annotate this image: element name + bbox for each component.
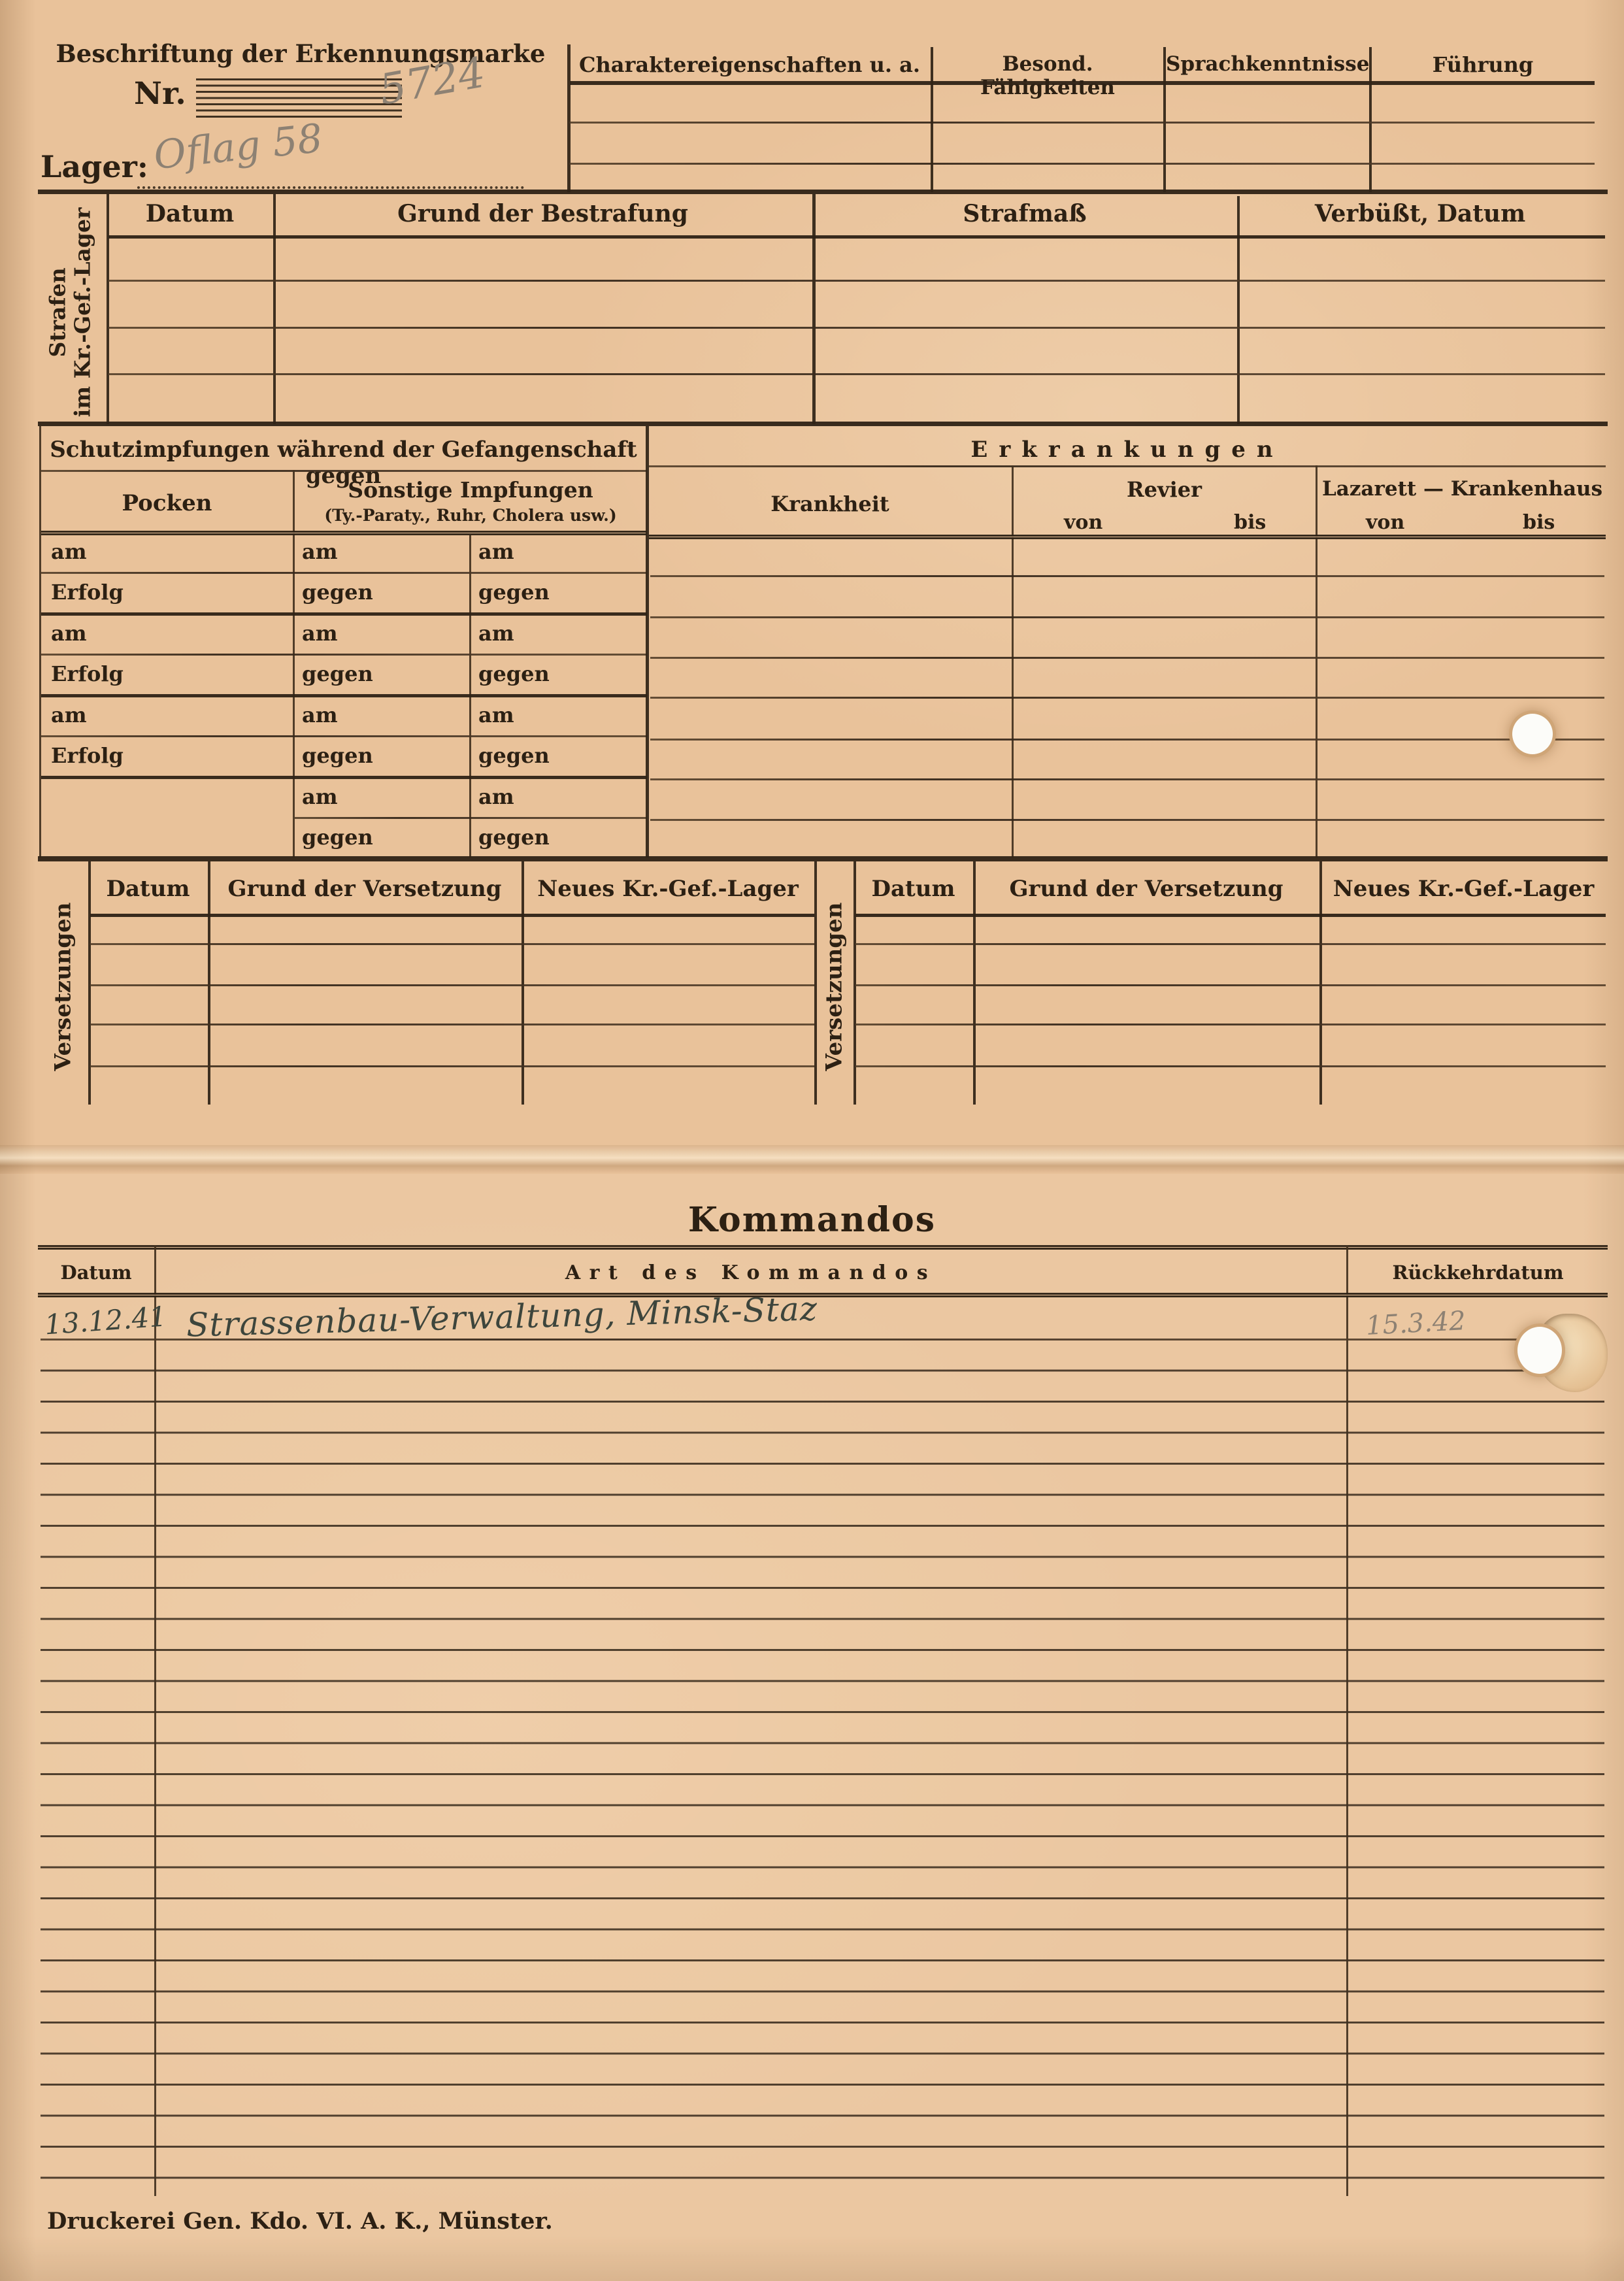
traits-col-charakter: Charaktereigenschaften u. a. — [571, 52, 929, 77]
idmark-nr-label: Nr. — [134, 76, 186, 112]
rule — [90, 1024, 814, 1025]
impfungen-gegen-label: gegen — [478, 580, 550, 605]
traits-col-sprachen: Sprachkenntnisse — [1166, 52, 1367, 76]
erkrankungen-col-krankheit: Krankheit — [647, 491, 1013, 516]
versetzungen-side-label-right: Versetzungen — [816, 873, 853, 1101]
traits-col-fuehrung: Führung — [1372, 52, 1594, 77]
rule — [293, 470, 295, 857]
erkrankungen-lazarett-bis: bis — [1523, 511, 1555, 534]
rule — [646, 426, 649, 857]
rule — [812, 194, 816, 424]
strafen-side-label-line2: im Kr.-Gef.-Lager — [71, 207, 95, 417]
strafen-col-strafmass: Strafmaß — [812, 200, 1237, 227]
impfungen-am-label: am — [302, 539, 338, 564]
rule — [41, 531, 647, 535]
rule — [650, 657, 1604, 659]
rule — [855, 984, 1606, 986]
versetzungen-left-col-grund: Grund der Versetzung — [208, 876, 522, 902]
versetzungen-left-col-datum: Datum — [88, 876, 208, 902]
rule — [90, 914, 814, 917]
impfungen-erfolg-label: Erfolg — [51, 743, 124, 768]
versetzungen-right-col-grund: Grund der Versetzung — [973, 876, 1319, 902]
impfungen-gegen-label: gegen — [302, 661, 373, 686]
impfungen-gegen-label: gegen — [478, 661, 550, 686]
idmark-lager-label: Lager: — [41, 149, 148, 184]
rule — [649, 465, 1606, 467]
erkrankungen-col-revier: Revier — [1013, 477, 1316, 502]
rule — [107, 194, 109, 424]
rule — [650, 575, 1604, 577]
rule — [38, 856, 1608, 861]
versetzungen-left-col-neues: Neues Kr.-Gef.-Lager — [522, 876, 814, 902]
printer-imprint: Druckerei Gen. Kdo. VI. A. K., Münster. — [47, 2208, 553, 2235]
impfungen-gegen-label: gegen — [302, 580, 373, 605]
kommandos-empty-rows — [41, 1340, 1604, 2182]
rule — [570, 163, 1595, 165]
rule — [41, 776, 647, 779]
rule — [1316, 465, 1317, 857]
impfungen-am-label: am — [302, 621, 338, 646]
rule — [90, 1065, 814, 1067]
rule — [108, 327, 1605, 329]
rule — [855, 943, 1606, 945]
impfungen-am-label: am — [302, 703, 338, 727]
strafen-col-verbuesst: Verbüßt, Datum — [1237, 200, 1603, 227]
impfungen-gegen-label: gegen — [302, 825, 373, 850]
versetzungen-right-col-neues: Neues Kr.-Gef.-Lager — [1319, 876, 1608, 902]
rule — [90, 943, 814, 945]
impfungen-erfolg-label: Erfolg — [51, 580, 124, 605]
punch-hole — [1517, 1327, 1562, 1374]
impfungen-am-label: am — [51, 621, 87, 646]
rule — [90, 984, 814, 986]
card-seam — [0, 1145, 1624, 1174]
rule — [38, 190, 1608, 194]
impfungen-gegen-label: gegen — [302, 743, 373, 768]
impfungen-col-sonstige-note: (Ty.-Paraty., Ruhr, Cholera usw.) — [294, 506, 647, 525]
impfungen-am-label: am — [478, 784, 514, 809]
rule — [41, 654, 647, 656]
kommandos-entry-rueckkehr: 15.3.42 — [1365, 1306, 1467, 1341]
erkrankungen-revier-von: von — [1064, 511, 1102, 534]
impfungen-am-label: am — [478, 703, 514, 727]
rule — [41, 694, 647, 697]
rule — [41, 735, 647, 737]
traits-col-faehigkeiten: Besond. Fähigkeiten — [933, 52, 1162, 99]
versetzungen-side-label-left: Versetzungen — [38, 873, 89, 1101]
impfungen-gegen-label: gegen — [478, 825, 550, 850]
idmark-title: Beschriftung der Erkennungsmarke — [39, 39, 562, 68]
erkrankungen-revier-bis: bis — [1234, 511, 1266, 534]
strafen-col-grund: Grund der Bestrafung — [273, 200, 812, 227]
punch-hole — [1512, 714, 1553, 754]
rule — [650, 819, 1604, 821]
rule — [273, 194, 276, 424]
rule — [650, 778, 1604, 780]
strafen-side-label: Strafen im Kr.-Gef.-Lager — [36, 199, 105, 425]
kommandos-col-datum: Datum — [38, 1261, 154, 1284]
impfungen-erfolg-label: Erfolg — [51, 661, 124, 686]
rule — [855, 914, 1606, 917]
impfungen-am-label: am — [51, 703, 87, 727]
rule — [41, 572, 647, 574]
impfungen-col-sonstige: Sonstige Impfungen — [294, 477, 647, 503]
rule — [570, 122, 1595, 124]
rule — [570, 81, 1595, 85]
impfungen-am-label: am — [478, 621, 514, 646]
erkrankungen-lazarett-von: von — [1366, 511, 1404, 534]
impfungen-gegen-label: gegen — [478, 743, 550, 768]
rule — [41, 612, 647, 616]
rule — [294, 817, 647, 819]
rule — [855, 1065, 1606, 1067]
rule — [1237, 196, 1240, 424]
rule — [650, 697, 1604, 699]
impfungen-col-pocken: Pocken — [41, 490, 293, 516]
rule — [1012, 465, 1014, 857]
rule — [108, 280, 1605, 282]
kommandos-entry-art: Strassenbau-Verwaltung, Minsk-Staz — [186, 1290, 818, 1344]
rule — [649, 535, 1606, 539]
rule — [38, 1245, 1608, 1250]
strafen-side-label-line1: Strafen — [46, 207, 71, 417]
rule — [38, 422, 1608, 426]
strafen-col-datum: Datum — [107, 200, 273, 227]
pow-record-card: Beschriftung der Erkennungsmarke Nr. 572… — [0, 0, 1624, 2281]
rule — [41, 470, 647, 472]
kommandos-entry-datum: 13.12.41 — [44, 1301, 168, 1341]
rule — [650, 739, 1604, 741]
impfungen-am-label: am — [51, 539, 87, 564]
rule — [38, 1293, 1608, 1297]
rule — [855, 1024, 1606, 1025]
impfungen-am-label: am — [302, 784, 338, 809]
kommandos-col-rueckkehr: Rückkehrdatum — [1348, 1261, 1608, 1284]
erkrankungen-title: Erkrankungen — [647, 437, 1608, 463]
rule — [108, 373, 1605, 375]
impfungen-am-label: am — [478, 539, 514, 564]
erkrankungen-col-lazarett: Lazarett — Krankenhaus — [1317, 477, 1608, 501]
rule — [650, 616, 1604, 618]
rule — [108, 235, 1605, 239]
kommandos-col-art: Art des Kommandos — [156, 1261, 1346, 1284]
kommandos-title: Kommandos — [0, 1200, 1624, 1240]
idmark-nr-ruled-area — [196, 78, 402, 118]
versetzungen-right-col-datum: Datum — [853, 876, 973, 902]
